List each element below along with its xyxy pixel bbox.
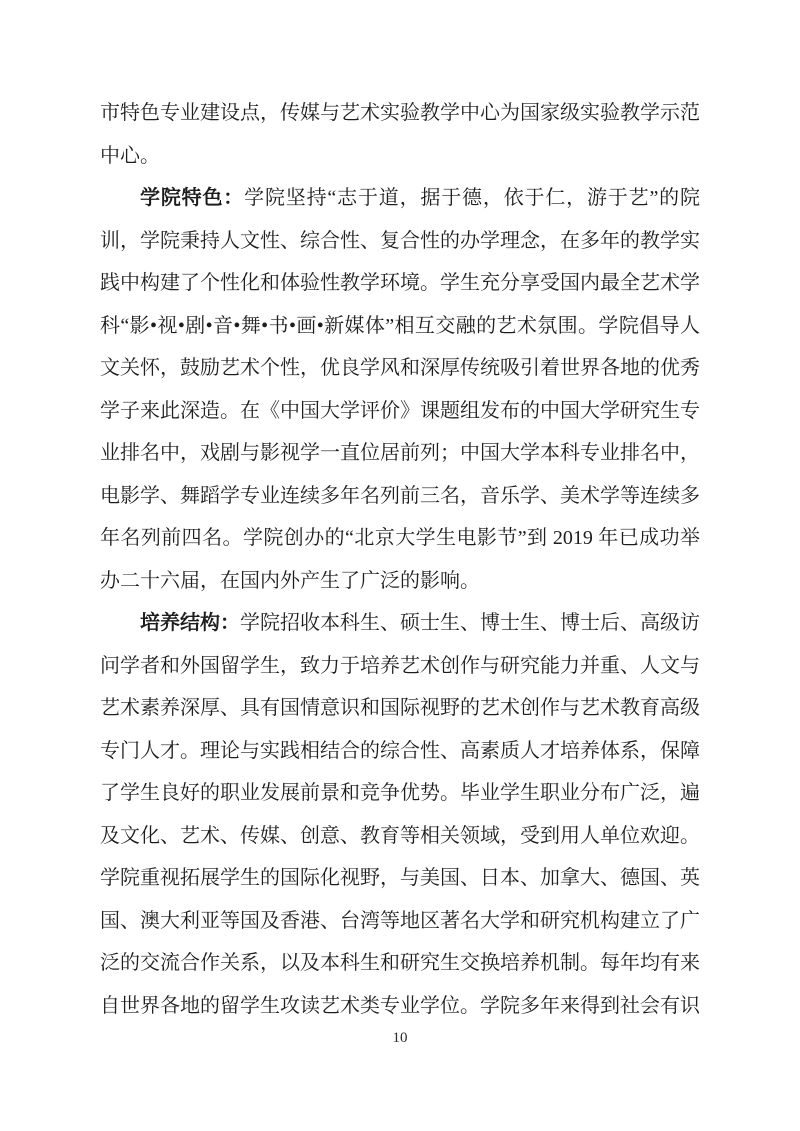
paragraph-text: 学院招收本科生、硕士生、博士生、博士后、高级访问学者和外国留学生，致力于培养艺术… <box>100 612 700 1017</box>
document-page: 市特色专业建设点，传媒与艺术实验教学中心为国家级实验教学示范中心。 学院特色：学… <box>0 0 800 1131</box>
page-number: 10 <box>0 1030 800 1047</box>
paragraph-text: 学院坚持“志于道，据于德，依于仁，游于艺”的院训，学院秉持人文性、综合性、复合性… <box>100 187 700 592</box>
paragraph-training-structure: 培养结构：学院招收本科生、硕士生、博士生、博士后、高级访问学者和外国留学生，致力… <box>100 602 700 1027</box>
paragraph-lead-label: 学院特色： <box>140 187 244 209</box>
paragraph-college-features: 学院特色：学院坚持“志于道，据于德，依于仁，游于艺”的院训，学院秉持人文性、综合… <box>100 177 700 602</box>
paragraph-continuation: 市特色专业建设点，传媒与艺术实验教学中心为国家级实验教学示范中心。 <box>100 92 700 177</box>
paragraph-text: 市特色专业建设点，传媒与艺术实验教学中心为国家级实验教学示范中心。 <box>100 102 700 167</box>
paragraph-lead-label: 培养结构： <box>140 612 240 634</box>
page-body: 市特色专业建设点，传媒与艺术实验教学中心为国家级实验教学示范中心。 学院特色：学… <box>100 92 700 1027</box>
